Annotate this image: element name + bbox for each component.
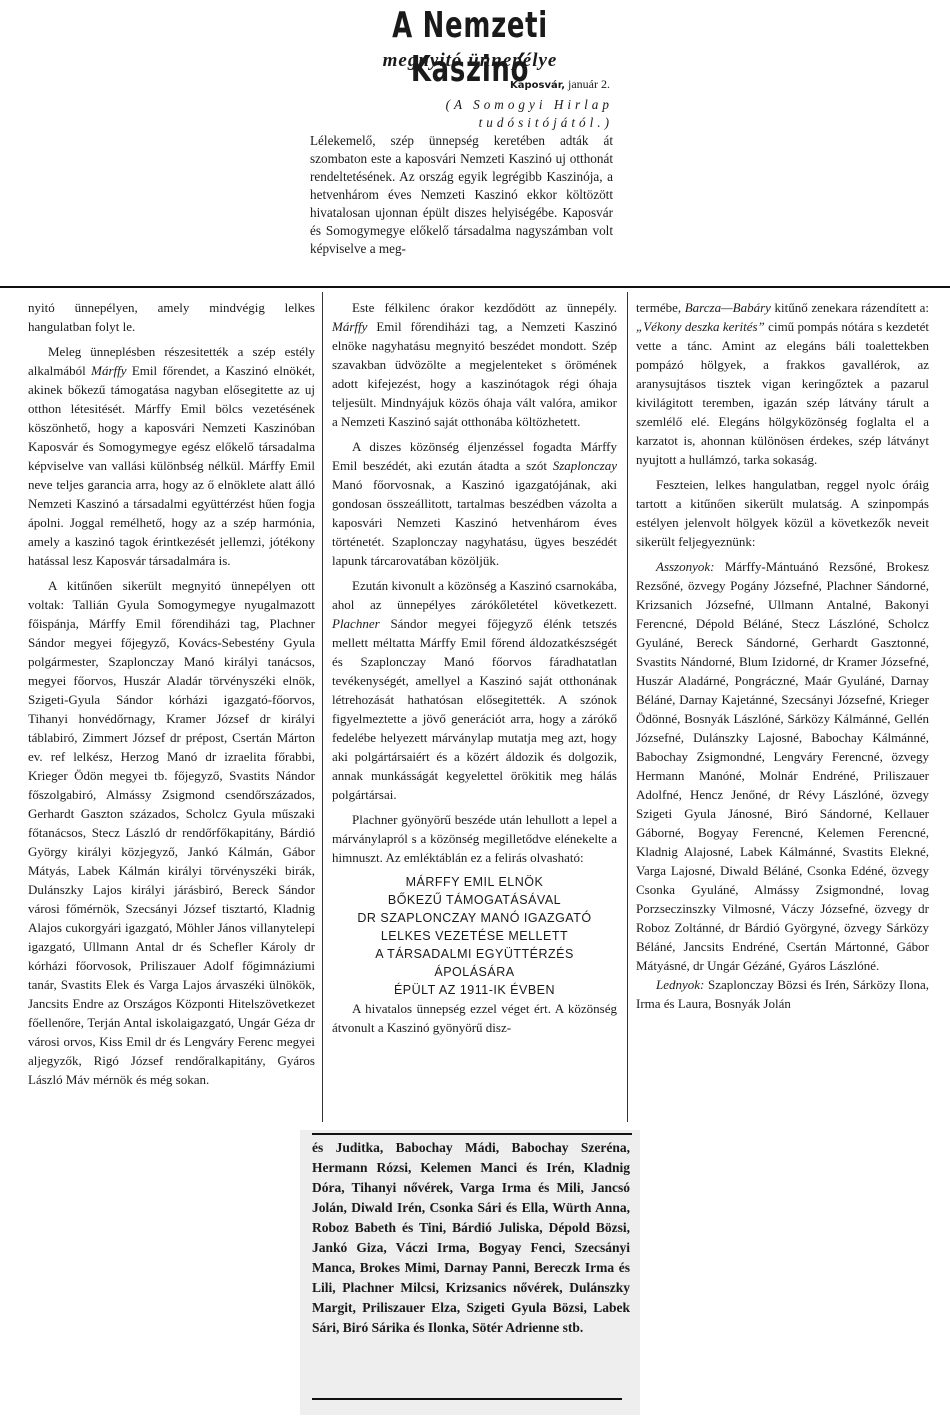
- plaque-line: A TÁRSADALMI EGYÜTTÉRZÉS: [332, 945, 617, 963]
- continuation-top-rule: [312, 1133, 632, 1135]
- dateline: Kaposvár, január 2.: [300, 77, 610, 92]
- column-1: nyitó ünnepélyen, amely mindvégig lelkes…: [28, 298, 315, 1089]
- dateline-place: Kaposvár,: [510, 80, 565, 91]
- plaque-line: ÁPOLÁSÁRA: [332, 963, 617, 981]
- col2-paragraph: A hivatalos ünnepség ezzel véget ért. A …: [332, 999, 617, 1037]
- col1-paragraph: Meleg ünneplésben részesitették a szép e…: [28, 342, 315, 570]
- col2-paragraph: A diszes közönség éljenzéssel fogadta Má…: [332, 437, 617, 570]
- plaque-inscription: MÁRFFY EMIL ELNÖK BŐKEZŰ TÁMOGATÁSÁVAL D…: [332, 873, 617, 999]
- col1-paragraph: nyitó ünnepélyen, amely mindvégig lelkes…: [28, 298, 315, 336]
- col3-girls-list: Lednyok: Szaplonczay Bözsi és Irén, Sárk…: [636, 975, 929, 1013]
- col3-ladies-list: Asszonyok: Márffy-Mántuánó Rezsőné, Brok…: [636, 557, 929, 975]
- dateline-date: január 2.: [568, 77, 610, 91]
- column-3: termébe, Barcza—Babáry kitűnő zenekara r…: [636, 298, 929, 1013]
- plaque-line: LELKES VEZETÉSE MELLETT: [332, 927, 617, 945]
- continuation-bottom-rule: [312, 1398, 622, 1400]
- col1-attendees: A kitűnően sikerült megnyitó ünnepélyen …: [28, 576, 315, 1089]
- col2-paragraph: Este félkilenc órakor kezdődött az ünnep…: [332, 298, 617, 431]
- plaque-line: MÁRFFY EMIL ELNÖK: [332, 873, 617, 891]
- intro-block: (A Somogyi Hirlap tudósitójától.) Léleke…: [310, 96, 613, 258]
- plaque-line: DR SZAPLONCZAY MANÓ IGAZGATÓ: [332, 909, 617, 927]
- col2-paragraph: Ezután kivonult a közönség a Kaszinó csa…: [332, 576, 617, 804]
- article-subtitle: megnyitó ünnepélye: [300, 50, 640, 72]
- col3-paragraph: Feszteien, lelkes hangulatban, reggel ny…: [636, 475, 929, 551]
- plaque-line: ÉPÜLT AZ 1911-IK ÉVBEN: [332, 981, 617, 999]
- source-credit: (A Somogyi Hirlap tudósitójától.): [310, 96, 613, 132]
- column-2: Este félkilenc órakor kezdődött az ünnep…: [332, 298, 617, 1037]
- col3-paragraph: termébe, Barcza—Babáry kitűnő zenekara r…: [636, 298, 929, 469]
- continuation-text: és Juditka, Babochay Mádi, Babochay Szer…: [312, 1138, 630, 1338]
- column-divider-1: [322, 292, 323, 1122]
- col2-paragraph: Plachner gyönyörű beszéde után lehullott…: [332, 810, 617, 867]
- intro-text: Lélekemelő, szép ünnepség keretében adtá…: [310, 133, 613, 256]
- plaque-line: BŐKEZŰ TÁMOGATÁSÁVAL: [332, 891, 617, 909]
- column-divider-2: [627, 292, 628, 1122]
- header-divider: [0, 286, 950, 288]
